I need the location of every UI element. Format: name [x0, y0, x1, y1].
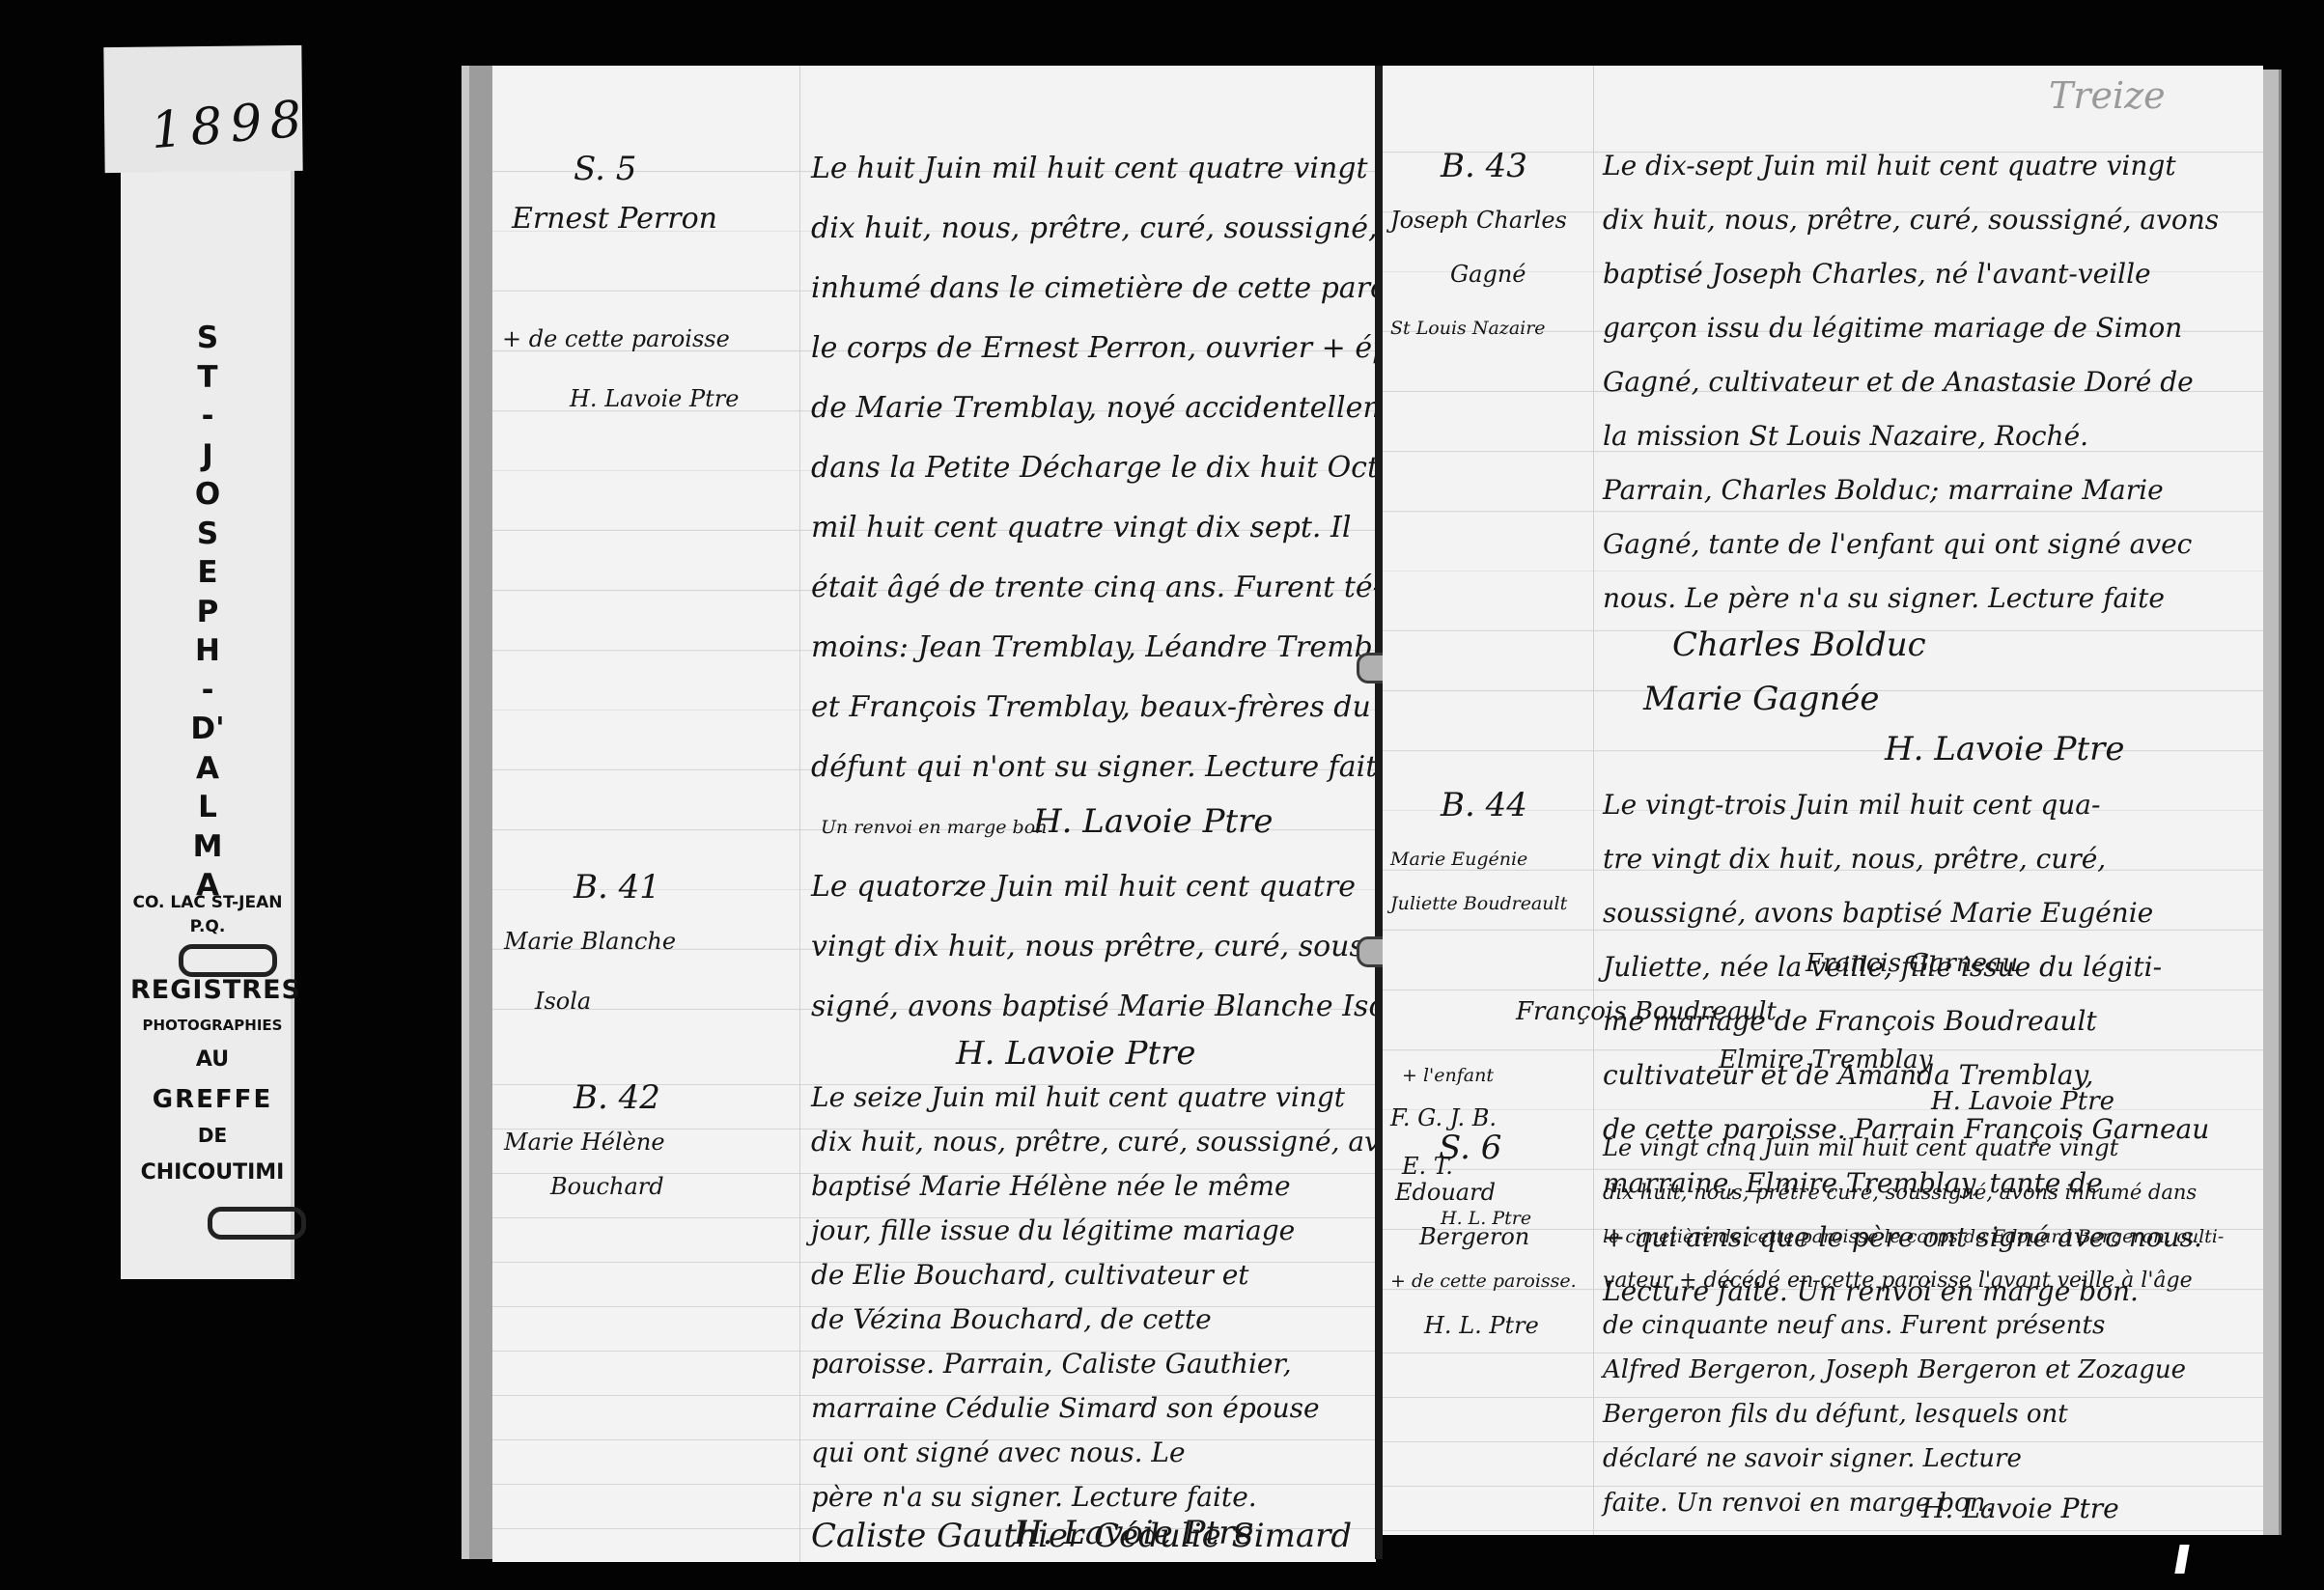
entry-text-line: défunt qui n'ont su signer. Lecture fait…	[811, 738, 1376, 797]
label-strip: S T - J O S E P H - D' A L M A CO. LAC S…	[121, 164, 294, 1279]
priest-signature: H. Lavoie Ptre	[1921, 1487, 2119, 1531]
year-label: 1898	[149, 90, 312, 160]
entry-text-line: de cinquante neuf ans. Furent présents	[1603, 1303, 2105, 1348]
witness-signature: François Boudreault	[1516, 990, 1777, 1034]
entry-text-line: et François Tremblay, beaux-frères du	[811, 678, 1371, 738]
entry-text-line: soussigné, avons baptisé Marie Eugénie	[1603, 886, 2153, 940]
entry-text-line: Le quatorze Juin mil huit cent quatre	[811, 857, 1356, 917]
county-label: CO. LAC ST-JEAN	[121, 893, 294, 912]
entry-text-line: dix huit, nous, prêtre curé, soussigné, …	[1603, 1170, 2197, 1214]
parish-name-vertical: S T - J O S E P H - D' A L M A	[121, 319, 294, 906]
entry-text-line: tre vingt dix huit, nous, prêtre, curé,	[1603, 832, 2106, 886]
margin-name: Bouchard	[550, 1164, 664, 1209]
province-label: P.Q.	[121, 917, 294, 936]
entry-text-line: Le dix-sept Juin mil huit cent quatre vi…	[1603, 139, 2176, 193]
entry-text-line: était âgé de trente cinq ans. Furent té-	[811, 558, 1376, 618]
book-spine	[1375, 66, 1383, 1559]
entry-text-line: déclaré ne savoir signer. Lecture	[1603, 1437, 2022, 1481]
entry-text-line: le cimetière de cette paroisse le corps …	[1603, 1214, 2224, 1259]
entry-text-line: baptisé Joseph Charles, né l'avant-veill…	[1603, 247, 2151, 301]
entry-text-line: jour, fille issue du légitime mariage	[811, 1209, 1295, 1253]
margin-name: Bergeron	[1419, 1214, 1529, 1259]
priest-signature: H. Lavoie Ptre	[1931, 1079, 2114, 1124]
margin-name: Joseph Charles	[1390, 193, 1567, 247]
margin-name: Juliette Boudreault	[1390, 877, 1567, 931]
margin-initials: H. L. Ptre	[1424, 1303, 1539, 1348]
margin-name: Edouard	[1395, 1170, 1496, 1214]
margin-note: + de cette paroisse.	[1390, 1259, 1577, 1303]
priest-signature: H. Lavoie Ptre	[1033, 792, 1274, 851]
entry-text-line: de Vézina Bouchard, de cette	[811, 1297, 1212, 1342]
entry-text-line: qui ont signé avec nous. Le	[811, 1431, 1186, 1475]
entry-text-line: de Marie Tremblay, noyé accidentellement	[811, 378, 1376, 438]
entry-text-line: paroisse. Parrain, Caliste Gauthier,	[811, 1342, 1292, 1386]
margin-name: Gagné	[1450, 247, 1526, 301]
entry-text-line: vingt dix huit, nous prêtre, curé, sous-	[811, 917, 1374, 977]
margin-rule	[799, 1041, 800, 1562]
margin-name: Marie Blanche	[504, 911, 676, 971]
book-right-edge	[2263, 70, 2282, 1535]
left-page-lower: H. Lavoie Ptre B. 42 Marie Hélène Boucha…	[492, 1041, 1376, 1562]
archive-stamp: REGISTRES PHOTOGRAPHIES AU GREFFE DE CHI…	[130, 975, 294, 1185]
margin-note: + de cette paroisse	[502, 309, 730, 369]
entry-text-line: Parrain, Charles Bolduc; marraine Marie	[1603, 463, 2164, 517]
entry-text-line: Alfred Bergeron, Joseph Bergeron et Zoza…	[1603, 1348, 2186, 1392]
entry-text-line: baptisé Marie Hélène née le même	[811, 1164, 1291, 1209]
page-number: Treize	[2049, 66, 2166, 126]
film-mark	[2174, 1545, 2189, 1574]
witness-signature: Charles Bolduc	[1672, 618, 1926, 672]
paperclip-icon	[208, 1207, 306, 1240]
entry-text-line: le corps de Ernest Perron, ouvrier + épo…	[811, 319, 1376, 378]
entry-code: S. 6	[1439, 1126, 1501, 1170]
priest-signature: H. Lavoie Ptre	[1014, 1511, 1254, 1555]
entry-text-line: mil huit cent quatre vingt dix sept. Il	[811, 498, 1351, 558]
entry-text-line: inhumé dans le cimetière de cette parois…	[811, 259, 1376, 319]
entry-text-line: Le huit Juin mil huit cent quatre vingt	[811, 139, 1368, 199]
entry-text-line: dix huit, nous, prêtre, curé, soussigné,…	[811, 199, 1376, 259]
entry-code: B. 44	[1441, 778, 1527, 832]
entry-text-line: marraine Cédulie Simard son épouse	[811, 1386, 1320, 1431]
margin-place: St Louis Nazaire	[1390, 301, 1546, 355]
margin-rule	[1593, 1309, 1594, 1535]
entry-text-line: garçon issu du légitime mariage de Simon	[1603, 301, 2182, 355]
entry-text-line: Le vingt cinq Juin mil huit cent quatre …	[1603, 1126, 2118, 1170]
entry-code: B. 43	[1441, 139, 1527, 193]
entry-text-line: Gagné, cultivateur et de Anastasie Doré …	[1603, 355, 2194, 409]
entry-text-line: dix huit, nous, prêtre, curé, soussigné,…	[811, 1120, 1376, 1164]
entry-text-line: de Elie Bouchard, cultivateur et	[811, 1253, 1249, 1297]
year-tag: 1898	[103, 45, 302, 173]
entry-code: B. 41	[574, 857, 660, 917]
witness-signature: Elmire Tremblay	[1719, 1038, 1932, 1082]
entry-text-line: signé, avons baptisé Marie Blanche Isola…	[811, 977, 1376, 1037]
margin-name: Ernest Perron	[512, 189, 717, 249]
witness-signature: Marie Gagnée	[1643, 672, 1879, 726]
entry-text-line: moins: Jean Tremblay, Léandre Tremblay	[811, 618, 1376, 678]
entry-text-line: Bergeron fils du défunt, lesquels ont	[1603, 1392, 2068, 1437]
margin-name: Isola	[535, 971, 591, 1031]
priest-signature: H. Lavoie Ptre	[1885, 722, 2125, 776]
entry-text-line: dix huit, nous, prêtre, curé, soussigné,…	[1603, 193, 2219, 247]
entry-text-line: Le vingt-trois Juin mil huit cent qua-	[1603, 778, 2100, 832]
witness-signature: Francis Garneau	[1806, 941, 2018, 986]
paperclip-icon	[179, 944, 277, 977]
priest-signature: H. Lavoie Ptre	[956, 1041, 1196, 1075]
entry-code: B. 42	[574, 1075, 660, 1120]
entry-text-line: Gagné, tante de l'enfant qui ont signé a…	[1603, 517, 2192, 572]
renvoi-note: Un renvoi en marge bon	[821, 797, 1047, 857]
margin-name: Marie Hélène	[504, 1120, 665, 1164]
entry-text-line: la mission St Louis Nazaire, Roché.	[1603, 409, 2088, 463]
entry-text-line: dans la Petite Décharge le dix huit Octo…	[811, 438, 1376, 498]
entry-text-line: Le seize Juin mil huit cent quatre vingt	[811, 1075, 1345, 1120]
entry-text-line: vateur + décédé en cette paroisse l'avan…	[1603, 1259, 2193, 1303]
margin-note: H. Lavoie Ptre	[570, 369, 739, 429]
